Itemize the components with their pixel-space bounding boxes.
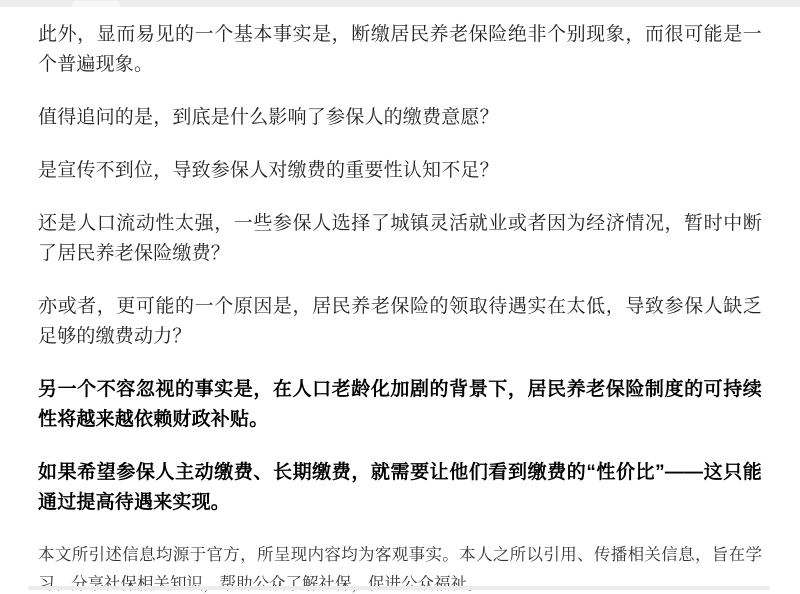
article-body: 此外，显而易见的一个基本事实是，断缴居民养老保险绝非个别现象，而很可能是一个普遍…	[38, 20, 762, 594]
paragraph-1: 此外，显而易见的一个基本事实是，断缴居民养老保险绝非个别现象，而很可能是一个普遍…	[38, 20, 762, 80]
tab-remnant	[72, 1, 120, 7]
browser-chrome-remnant	[0, 0, 800, 7]
article-page: 此外，显而易见的一个基本事实是，断缴居民养老保险绝非个别现象，而很可能是一个普遍…	[0, 0, 800, 594]
paragraph-6-bold: 另一个不容忽视的事实是，在人口老龄化加剧的背景下，居民养老保险制度的可持续性将越…	[38, 375, 762, 435]
paragraph-4: 还是人口流动性太强，一些参保人选择了城镇灵活就业或者因为经济情况，暂时中断了居民…	[38, 209, 762, 269]
paragraph-3: 是宣传不到位，导致参保人对缴费的重要性认知不足？	[38, 156, 762, 186]
paragraph-5: 亦或者，更可能的一个原因是，居民养老保险的领取待遇实在太低，导致参保人缺乏足够的…	[38, 292, 762, 352]
next-content-edge	[28, 586, 770, 590]
paragraph-7-bold: 如果希望参保人主动缴费、长期缴费，就需要让他们看到缴费的“性价比”——这只能通过…	[38, 458, 762, 518]
paragraph-2: 值得追问的是，到底是什么影响了参保人的缴费意愿？	[38, 103, 762, 133]
